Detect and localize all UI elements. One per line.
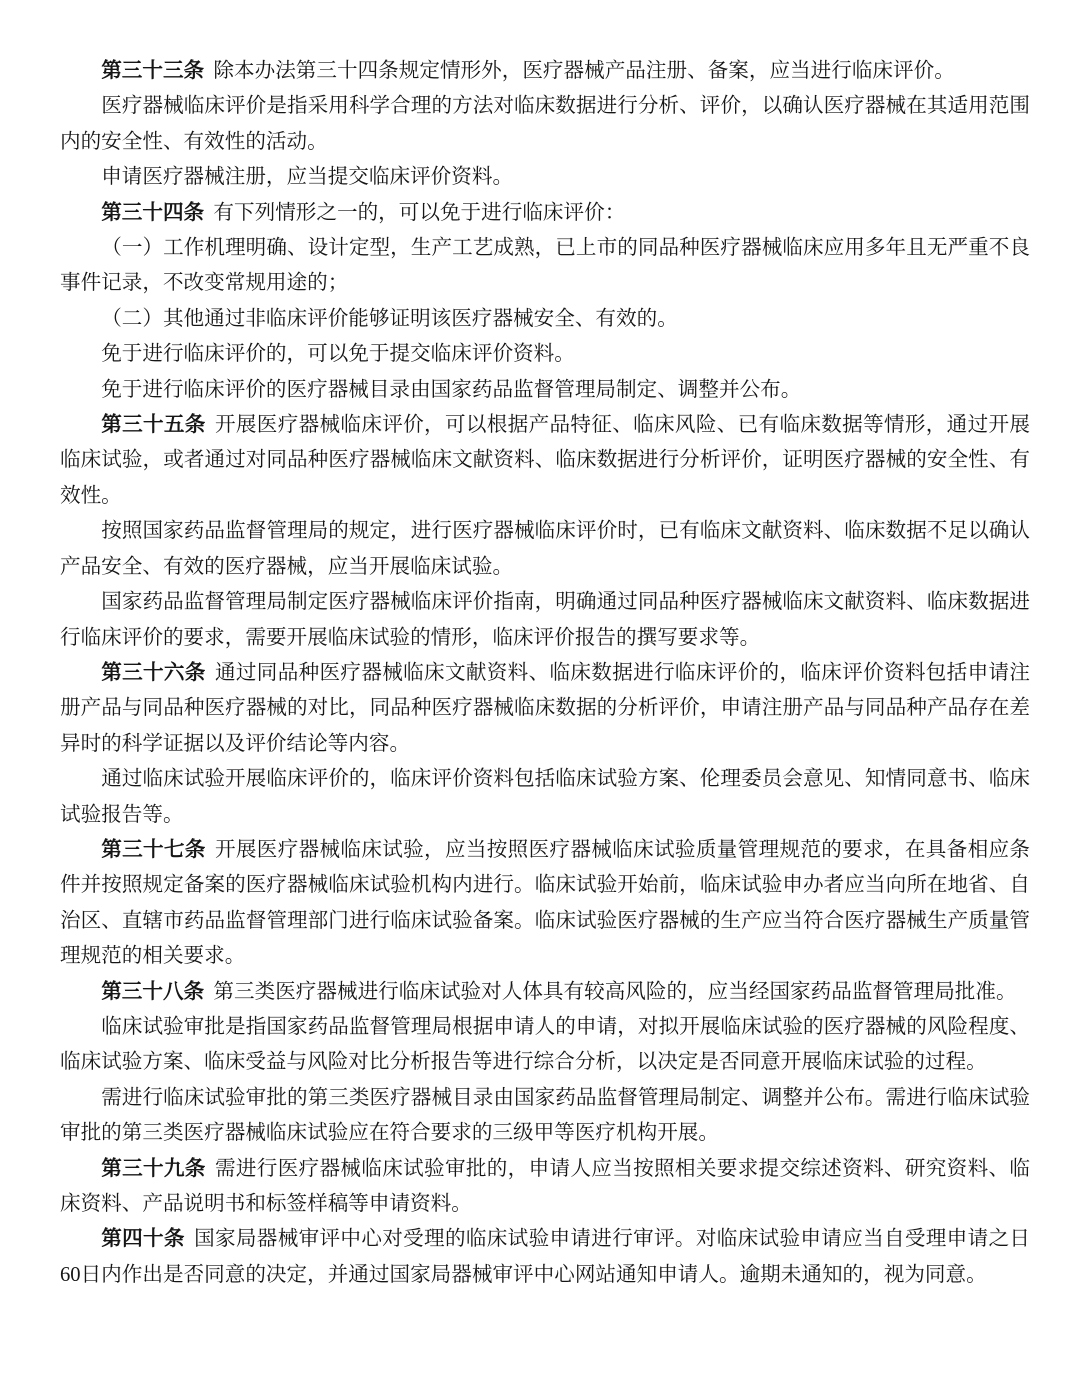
paragraph: 国家药品监督管理局制定医疗器械临床评价指南，明确通过同品种医疗器械临床文献资料、… — [60, 585, 1030, 656]
article-number: 第三十八条 — [101, 981, 204, 1003]
paragraph-text: 国家药品监督管理局制定医疗器械临床评价指南，明确通过同品种医疗器械临床文献资料、… — [60, 591, 1030, 648]
document-page: 第三十三条除本办法第三十四条规定情形外，医疗器械产品注册、备案，应当进行临床评价… — [0, 0, 1080, 1398]
paragraph-text: 免于进行临床评价的医疗器械目录由国家药品监督管理局制定、调整并公布。 — [101, 379, 801, 401]
paragraph: 临床试验审批是指国家药品监督管理局根据申请人的申请，对拟开展临床试验的医疗器械的… — [60, 1010, 1030, 1081]
paragraph: 第三十九条需进行医疗器械临床试验审批的，申请人应当按照相关要求提交综述资料、研究… — [60, 1152, 1030, 1223]
paragraph: 按照国家药品监督管理局的规定，进行医疗器械临床评价时，已有临床文献资料、临床数据… — [60, 514, 1030, 585]
paragraph: 第三十三条除本办法第三十四条规定情形外，医疗器械产品注册、备案，应当进行临床评价… — [60, 54, 1030, 89]
article-number: 第三十七条 — [101, 839, 206, 861]
paragraph: 免于进行临床评价的医疗器械目录由国家药品监督管理局制定、调整并公布。 — [60, 373, 1030, 408]
paragraph: 免于进行临床评价的，可以免于提交临床评价资料。 — [60, 337, 1030, 372]
article-number: 第三十六条 — [101, 662, 206, 684]
paragraph: 第三十八条第三类医疗器械进行临床试验对人体具有较高风险的，应当经国家药品监督管理… — [60, 975, 1030, 1010]
paragraph-text: 第三类医疗器械进行临床试验对人体具有较高风险的，应当经国家药品监督管理局批准。 — [213, 981, 1016, 1003]
paragraph-text: 除本办法第三十四条规定情形外，医疗器械产品注册、备案，应当进行临床评价。 — [213, 60, 954, 82]
article-number: 第三十九条 — [101, 1158, 206, 1180]
paragraph: 第三十四条有下列情形之一的，可以免于进行临床评价： — [60, 196, 1030, 231]
paragraph: （一）工作机理明确、设计定型，生产工艺成熟，已上市的同品种医疗器械临床应用多年且… — [60, 231, 1030, 302]
paragraph-text: 免于进行临床评价的，可以免于提交临床评价资料。 — [101, 343, 575, 365]
article-number: 第三十四条 — [101, 202, 204, 224]
article-number: 第三十三条 — [101, 60, 204, 82]
paragraph: 需进行临床试验审批的第三类医疗器械目录由国家药品监督管理局制定、调整并公布。需进… — [60, 1081, 1030, 1152]
paragraph: 通过临床试验开展临床评价的，临床评价资料包括临床试验方案、伦理委员会意见、知情同… — [60, 762, 1030, 833]
paragraph: 申请医疗器械注册，应当提交临床评价资料。 — [60, 160, 1030, 195]
paragraph: 医疗器械临床评价是指采用科学合理的方法对临床数据进行分析、评价，以确认医疗器械在… — [60, 89, 1030, 160]
paragraph-text: 医疗器械临床评价是指采用科学合理的方法对临床数据进行分析、评价，以确认医疗器械在… — [60, 95, 1030, 152]
paragraph: 第三十五条开展医疗器械临床评价，可以根据产品特征、临床风险、已有临床数据等情形，… — [60, 408, 1030, 514]
paragraph-text: 临床试验审批是指国家药品监督管理局根据申请人的申请，对拟开展临床试验的医疗器械的… — [60, 1016, 1030, 1073]
paragraph: 第四十条国家局器械审评中心对受理的临床试验申请进行审评。对临床试验申请应当自受理… — [60, 1222, 1030, 1293]
paragraph: 第三十七条开展医疗器械临床试验，应当按照医疗器械临床试验质量管理规范的要求，在具… — [60, 833, 1030, 975]
paragraph-text: （一）工作机理明确、设计定型，生产工艺成熟，已上市的同品种医疗器械临床应用多年且… — [60, 237, 1030, 294]
paragraph-text: 通过临床试验开展临床评价的，临床评价资料包括临床试验方案、伦理委员会意见、知情同… — [60, 768, 1030, 825]
article-number: 第三十五条 — [101, 414, 206, 436]
paragraph-text: 按照国家药品监督管理局的规定，进行医疗器械临床评价时，已有临床文献资料、临床数据… — [60, 520, 1030, 577]
article-number: 第四十条 — [101, 1228, 185, 1250]
paragraph-text: 国家局器械审评中心对受理的临床试验申请进行审评。对临床试验申请应当自受理申请之日… — [60, 1228, 1030, 1285]
paragraph-text: 申请医疗器械注册，应当提交临床评价资料。 — [101, 166, 513, 188]
paragraph: （二）其他通过非临床评价能够证明该医疗器械安全、有效的。 — [60, 302, 1030, 337]
paragraph-text: 有下列情形之一的，可以免于进行临床评价： — [213, 202, 625, 224]
paragraph-text: 需进行临床试验审批的第三类医疗器械目录由国家药品监督管理局制定、调整并公布。需进… — [60, 1087, 1030, 1144]
paragraph-text: （二）其他通过非临床评价能够证明该医疗器械安全、有效的。 — [101, 308, 678, 330]
paragraph: 第三十六条通过同品种医疗器械临床文献资料、临床数据进行临床评价的，临床评价资料包… — [60, 656, 1030, 762]
